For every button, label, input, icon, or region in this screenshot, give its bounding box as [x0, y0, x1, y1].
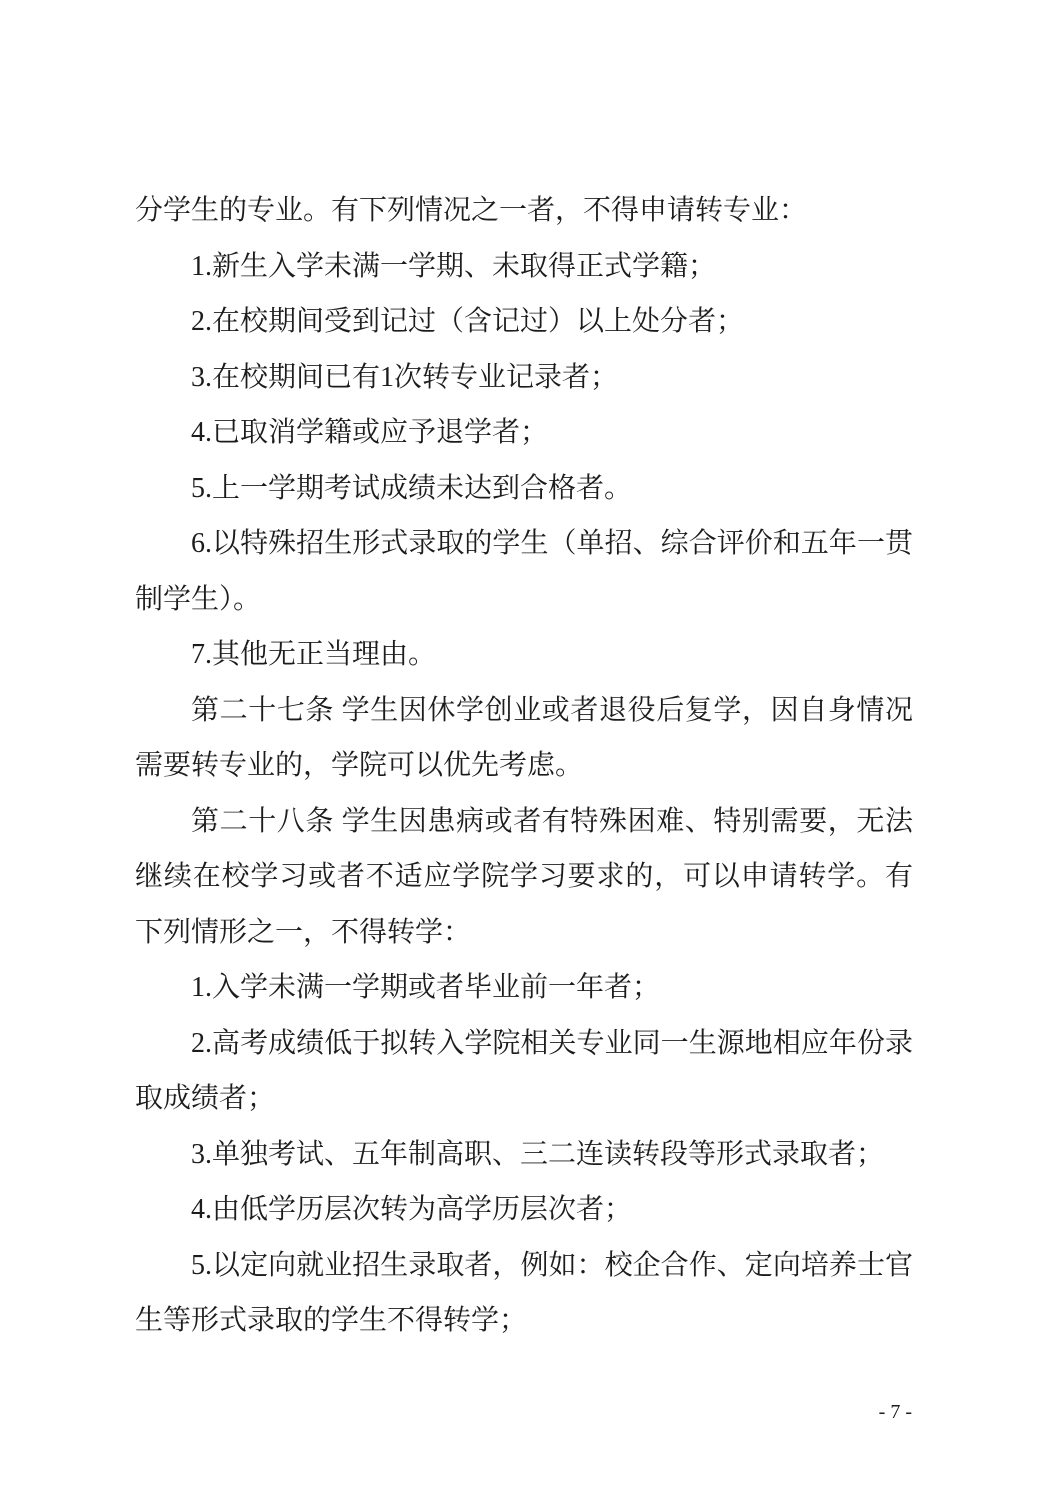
paragraph: 2.高考成绩低于拟转入学院相关专业同一生源地相应年份录取成绩者；	[135, 1016, 913, 1127]
paragraph: 5.上一学期考试成绩未达到合格者。	[135, 461, 913, 517]
paragraph: 3.单独考试、五年制高职、三二连读转段等形式录取者；	[135, 1127, 913, 1183]
paragraph: 分学生的专业。有下列情况之一者，不得申请转专业：	[135, 183, 913, 239]
paragraph: 第二十八条 学生因患病或者有特殊困难、特别需要，无法继续在校学习或者不适应学院学…	[135, 794, 913, 961]
document-body: 分学生的专业。有下列情况之一者，不得申请转专业：1.新生入学未满一学期、未取得正…	[135, 183, 913, 1349]
paragraph: 7.其他无正当理由。	[135, 627, 913, 683]
paragraph: 2.在校期间受到记过（含记过）以上处分者；	[135, 294, 913, 350]
paragraph: 1.入学未满一学期或者毕业前一年者；	[135, 960, 913, 1016]
paragraph: 第二十七条 学生因休学创业或者退役后复学，因自身情况需要转专业的，学院可以优先考…	[135, 683, 913, 794]
paragraph: 1.新生入学未满一学期、未取得正式学籍；	[135, 239, 913, 295]
paragraph: 4.已取消学籍或应予退学者；	[135, 405, 913, 461]
paragraph: 4.由低学历层次转为高学历层次者；	[135, 1182, 913, 1238]
paragraph: 5.以定向就业招生录取者，例如：校企合作、定向培养士官生等形式录取的学生不得转学…	[135, 1238, 913, 1349]
document-page: 分学生的专业。有下列情况之一者，不得申请转专业：1.新生入学未满一学期、未取得正…	[0, 0, 1047, 1488]
paragraph: 3.在校期间已有1次转专业记录者；	[135, 350, 913, 406]
paragraph: 6.以特殊招生形式录取的学生（单招、综合评价和五年一贯制学生）。	[135, 516, 913, 627]
page-number: - 7 -	[879, 1398, 912, 1426]
